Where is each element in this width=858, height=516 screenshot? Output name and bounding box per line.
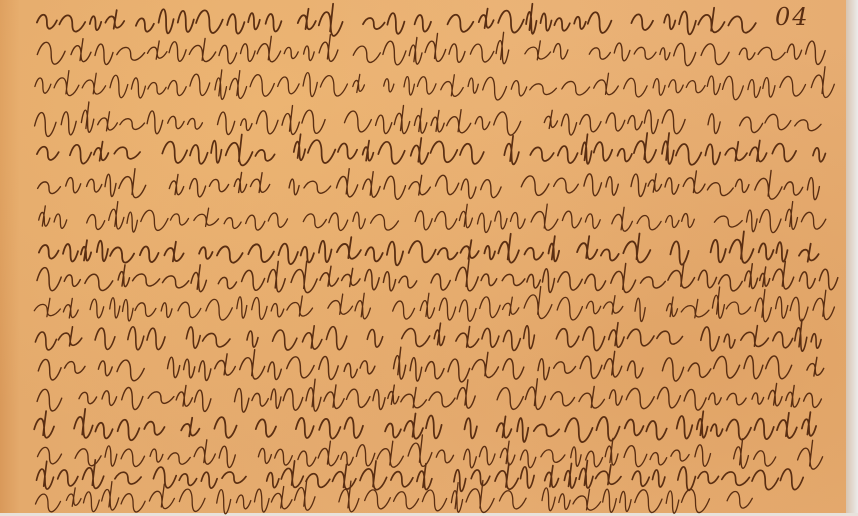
handwriting-strokes (28, 34, 828, 64)
manuscript-page: 04 [illegible handwritten Tamil line 1][… (0, 0, 848, 513)
handwritten-line: [illegible handwritten Tamil line 1] (28, 4, 828, 34)
handwritten-line: [illegible handwritten Tamil line 13] (28, 380, 828, 410)
handwriting-strokes (28, 380, 828, 410)
handwriting-strokes (28, 350, 828, 380)
handwritten-line: [illegible handwritten Tamil line 8] (28, 234, 828, 264)
handwriting-strokes (28, 168, 828, 198)
handwritten-line: [illegible handwritten Tamil line 11] (28, 320, 828, 350)
handwritten-line: [illegible handwritten Tamil line 9] (28, 262, 828, 292)
handwriting-strokes (28, 68, 828, 98)
handwriting-strokes (28, 290, 828, 320)
handwritten-line: [illegible handwritten Tamil line 6] (28, 168, 828, 198)
handwriting-strokes (28, 4, 828, 34)
handwriting-strokes (28, 410, 828, 440)
handwritten-line: [illegible handwritten Tamil line 4] (28, 104, 828, 134)
handwriting-strokes (28, 134, 828, 164)
handwriting-strokes (28, 482, 828, 512)
scan-edge (846, 0, 858, 513)
handwritten-line: [illegible handwritten Tamil line 12] (28, 350, 828, 380)
handwriting-strokes (28, 262, 828, 292)
handwriting-strokes (28, 234, 828, 264)
handwritten-line: [illegible handwritten Tamil line 3] (28, 68, 828, 98)
handwriting-strokes (28, 320, 828, 350)
handwritten-line: [illegible handwritten Tamil line 10] (28, 290, 828, 320)
handwriting-strokes (28, 104, 828, 134)
handwriting-strokes (28, 202, 828, 232)
handwritten-line: [illegible handwritten Tamil line 5] (28, 134, 828, 164)
handwritten-line: [illegible handwritten Tamil line 7] (28, 202, 828, 232)
handwritten-line: [illegible handwritten Tamil line 14] (28, 410, 828, 440)
handwritten-line: [illegible handwritten Tamil line 2] (28, 34, 828, 64)
handwritten-line: [illegible handwritten Tamil line 17] (28, 482, 828, 512)
